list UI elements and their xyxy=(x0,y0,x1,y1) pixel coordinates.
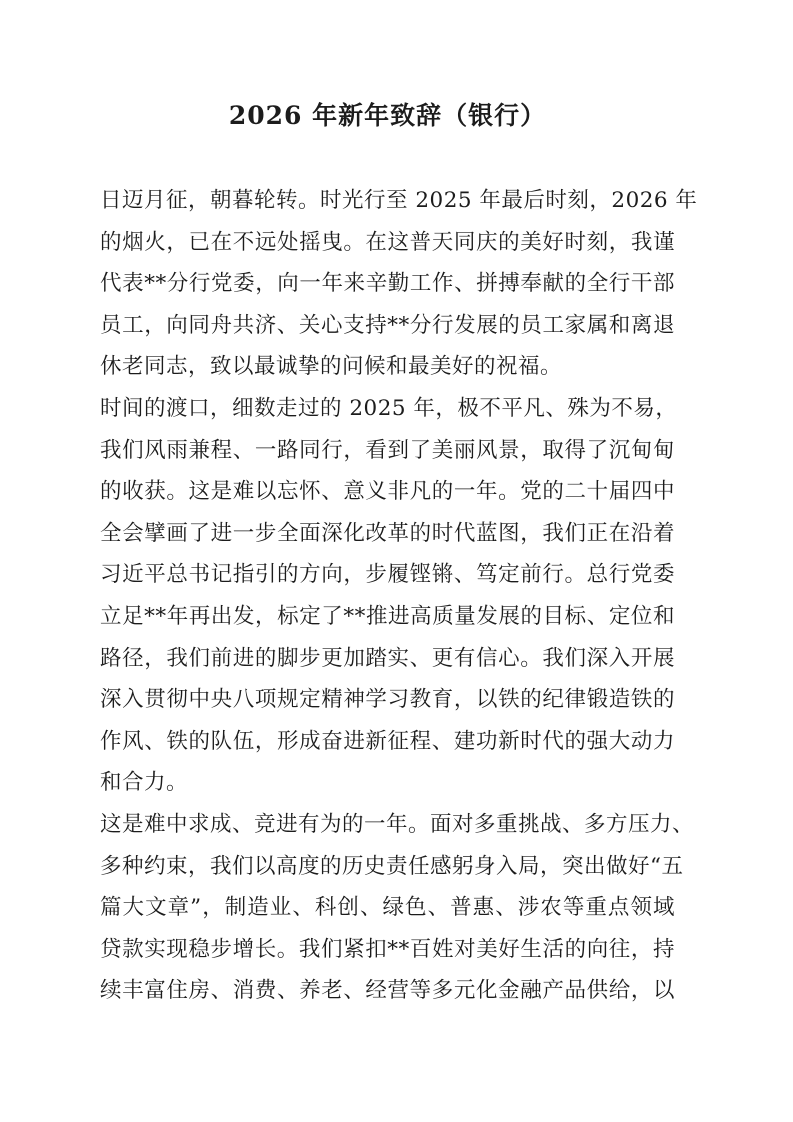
body-line: 的烟火，已在不远处摇曳。在这普天同庆的美好时刻，我谨 xyxy=(100,222,675,264)
body-line: 休老同志，致以最诚挚的问候和最美好的祝福。 xyxy=(100,346,675,388)
document-title: 2026 年新年致辞（银行） xyxy=(100,96,675,136)
document-body: 日迈月征，朝暮轮转。时光行至 2025 年最后时刻，2026 年的烟火，已在不远… xyxy=(100,180,675,1012)
body-line: 的收获。这是难以忘怀、意义非凡的一年。党的二十届四中 xyxy=(100,471,675,513)
body-line: 日迈月征，朝暮轮转。时光行至 2025 年最后时刻，2026 年 xyxy=(100,180,675,222)
paragraph: 这是难中求成、竞进有为的一年。面对多重挑战、多方压力、多种约束，我们以高度的历史… xyxy=(100,804,675,1012)
paragraph: 日迈月征，朝暮轮转。时光行至 2025 年最后时刻，2026 年的烟火，已在不远… xyxy=(100,180,675,388)
body-line: 续丰富住房、消费、养老、经营等多元化金融产品供给，以 xyxy=(100,970,675,1012)
body-line: 贷款实现稳步增长。我们紧扣**百姓对美好生活的向往，持 xyxy=(100,929,675,971)
body-line: 全会擘画了进一步全面深化改革的时代蓝图，我们正在沿着 xyxy=(100,513,675,555)
body-line: 路径，我们前进的脚步更加踏实、更有信心。我们深入开展 xyxy=(100,638,675,680)
body-line: 立足**年再出发，标定了**推进高质量发展的目标、定位和 xyxy=(100,596,675,638)
body-line: 代表**分行党委，向一年来辛勤工作、拼搏奉献的全行干部 xyxy=(100,263,675,305)
body-line: 时间的渡口，细数走过的 2025 年，极不平凡、殊为不易， xyxy=(100,388,675,430)
document-page: 2026 年新年致辞（银行） 日迈月征，朝暮轮转。时光行至 2025 年最后时刻… xyxy=(0,0,793,1122)
body-line: 这是难中求成、竞进有为的一年。面对多重挑战、多方压力、 xyxy=(100,804,675,846)
body-line: 深入贯彻中央八项规定精神学习教育，以铁的纪律锻造铁的 xyxy=(100,679,675,721)
paragraph: 时间的渡口，细数走过的 2025 年，极不平凡、殊为不易，我们风雨兼程、一路同行… xyxy=(100,388,675,804)
body-line: 习近平总书记指引的方向，步履铿锵、笃定前行。总行党委 xyxy=(100,554,675,596)
body-line: 我们风雨兼程、一路同行，看到了美丽风景，取得了沉甸甸 xyxy=(100,430,675,472)
body-line: 员工，向同舟共济、关心支持**分行发展的员工家属和离退 xyxy=(100,305,675,347)
body-line: 篇大文章”，制造业、科创、绿色、普惠、涉农等重点领域 xyxy=(100,887,675,929)
body-line: 多种约束，我们以高度的历史责任感躬身入局，突出做好“五 xyxy=(100,846,675,888)
body-line: 作风、铁的队伍，形成奋进新征程、建功新时代的强大动力 xyxy=(100,721,675,763)
body-line: 和合力。 xyxy=(100,762,675,804)
